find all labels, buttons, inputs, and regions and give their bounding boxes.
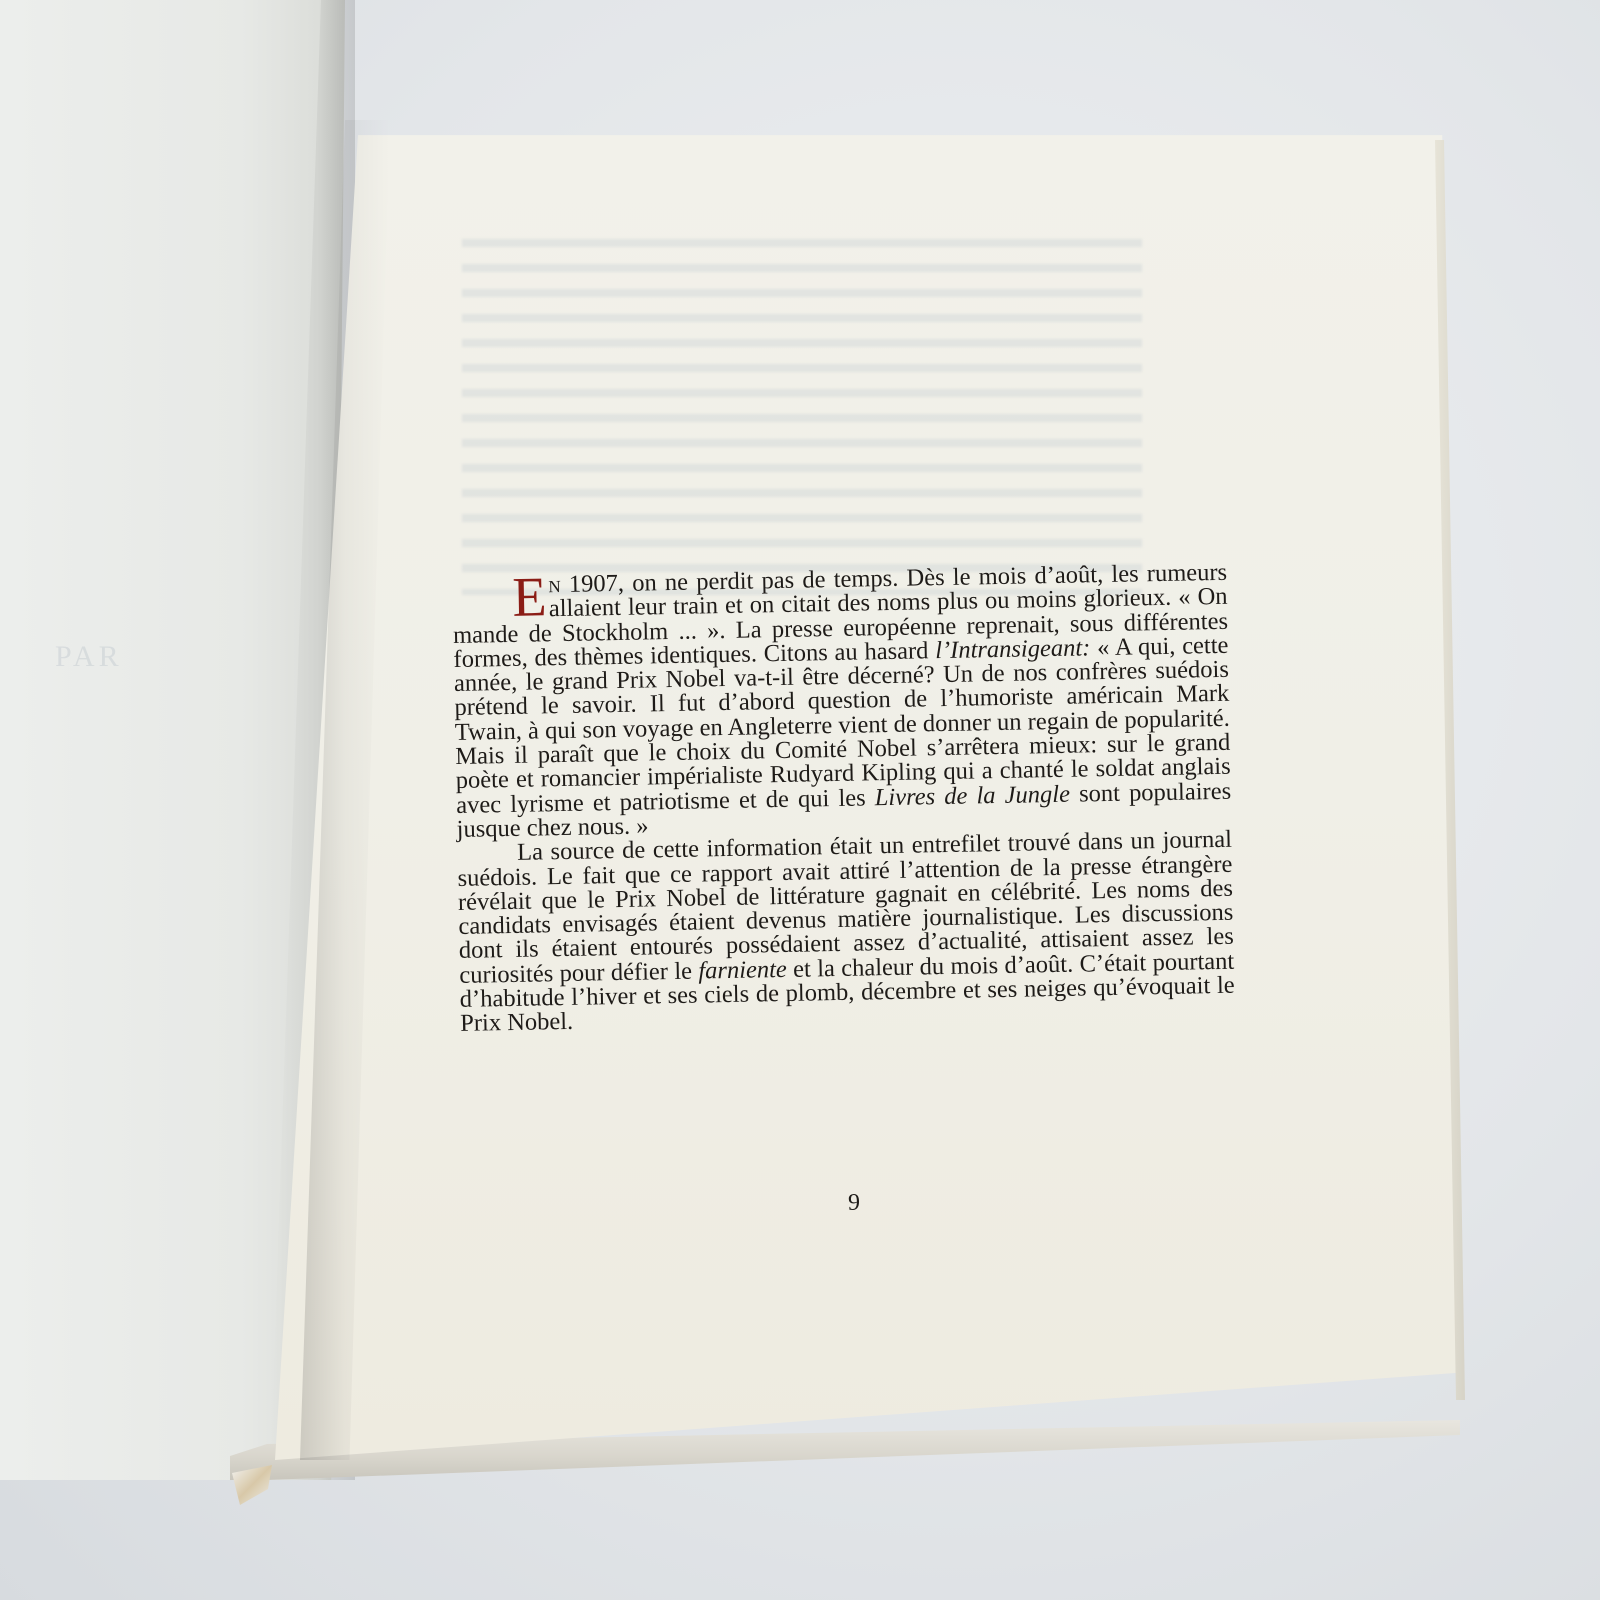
- paragraph-1: En 1907, on ne perdit pas de temps. Dès …: [452, 561, 1232, 842]
- drop-cap: E: [512, 573, 547, 618]
- paragraph-2: La source de cette information était un …: [457, 828, 1235, 1037]
- italic-title-livres-jungle: Livres de la Jungle: [875, 780, 1071, 811]
- photo-scene: PAR En 1907, on ne perdit pas de temps. …: [0, 0, 1600, 1600]
- page-number: 9: [848, 1190, 860, 1217]
- text-block: En 1907, on ne perdit pas de temps. Dès …: [452, 561, 1235, 1037]
- left-page-faint-text: PAR: [55, 640, 123, 674]
- show-through-text: [462, 225, 1142, 595]
- smallcaps-lead: n: [548, 571, 561, 598]
